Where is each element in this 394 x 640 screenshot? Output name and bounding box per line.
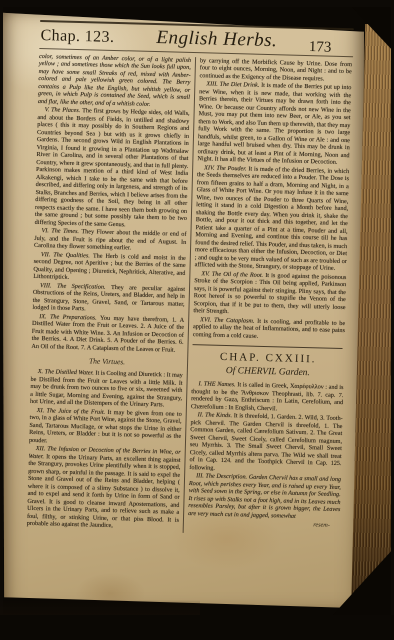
running-title: English Herbs. bbox=[156, 27, 278, 52]
paragraph-lead: I. THE Names. bbox=[198, 380, 237, 388]
paragraph-lead: XIV. The Pouder. bbox=[204, 164, 248, 172]
paragraph: VII. The Qualities. The Herb is cold and… bbox=[33, 250, 186, 284]
paragraph: I. THE Names. It is called in Greek, Χαι… bbox=[191, 380, 344, 414]
paragraph-lead: XII. The Infusion or Decoction of the Be… bbox=[28, 445, 180, 460]
paragraph-lead: VII. The Qualities. bbox=[41, 251, 93, 259]
left-column: color, sometimes of an Amber color, or o… bbox=[27, 51, 191, 532]
paragraph: XI. The Juice of the Fruit. It may be gi… bbox=[29, 406, 182, 447]
paragraph-lead: II. The Kinds. bbox=[198, 411, 234, 419]
book-page-photo: Chap. 123. English Herbs. 173 color, som… bbox=[0, 0, 394, 640]
paragraph: VI. The Times. They Flower about the mid… bbox=[34, 227, 187, 253]
paragraph: XVI. The Cataplasm. It is cooling, and p… bbox=[193, 316, 346, 342]
paragraph-lead: XVI. The Cataplasm. bbox=[200, 316, 257, 324]
paragraph: XII. The Infusion or Decoction of the Be… bbox=[27, 445, 181, 531]
paragraph: XIV. The Pouder. It is made of the dried… bbox=[195, 164, 350, 273]
chapter-subheading: Of CHERVIL Garden. bbox=[192, 365, 344, 379]
chapter-label: Chap. 123. bbox=[40, 27, 114, 47]
paragraph-lead: XI. The Juice of the Fruit. bbox=[37, 407, 108, 416]
paragraph-lead: III. The Description. bbox=[196, 472, 249, 480]
paragraph: V. The Places. The first grows by Hedge … bbox=[35, 106, 190, 230]
paragraph-lead: IX. The Preparations. bbox=[39, 313, 100, 322]
paragraph-lead: XV. The Oil of the Root. bbox=[201, 270, 265, 279]
paragraph: XIII. The Diet Drink. It is made of the … bbox=[197, 80, 351, 166]
printed-page-content: Chap. 123. English Herbs. 173 color, som… bbox=[27, 20, 354, 537]
paragraph: X. The Distilled Water. It is Cooling an… bbox=[30, 368, 183, 409]
paragraph: III. The Description. Garden Chervil has… bbox=[188, 472, 341, 521]
paragraph-lead: VI. The Times. bbox=[41, 227, 81, 235]
photo-border-bottom bbox=[0, 615, 394, 640]
section-heading: The Virtues. bbox=[31, 355, 183, 368]
paragraph: IX. The Preparations. You may have there… bbox=[31, 312, 184, 353]
photo-border-left bbox=[0, 0, 3, 640]
text-columns: color, sometimes of an Amber color, or o… bbox=[27, 51, 353, 536]
paragraph-lead: XIII. The Diet Drink. bbox=[206, 80, 261, 88]
page-number: 173 bbox=[309, 39, 352, 57]
photo-border-top bbox=[0, 0, 394, 7]
paragraph: II. The Kinds. It is threefold, 1. Garde… bbox=[189, 411, 343, 475]
paragraph: color, sometimes of an Amber color, or o… bbox=[38, 52, 191, 108]
paragraph-lead: X. The Distilled Water. bbox=[38, 368, 96, 377]
paragraph-lead: V. The Places. bbox=[45, 106, 83, 114]
right-column: by carrying off the Morbifick Cause by U… bbox=[188, 56, 352, 537]
paragraph: by carrying off the Morbifick Cause by U… bbox=[200, 57, 353, 83]
paragraph-lead: VIII. The Specification. bbox=[40, 282, 111, 291]
section-divider-rule bbox=[193, 344, 343, 349]
paragraph: VIII. The Specification. They are peculi… bbox=[32, 281, 185, 315]
chapter-heading: CHAP. CXXIII. bbox=[192, 350, 344, 366]
paragraph: XV. The Oil of the Root. It is good agai… bbox=[193, 270, 346, 319]
